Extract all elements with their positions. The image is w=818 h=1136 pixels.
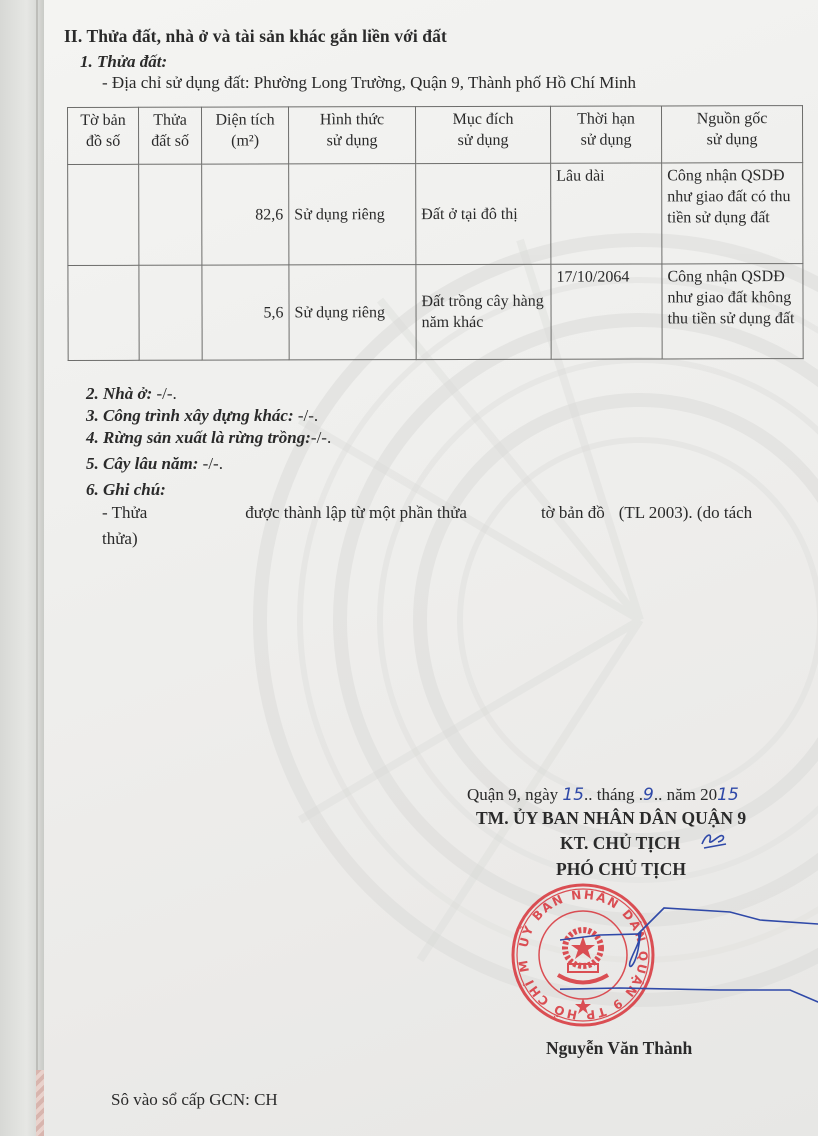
cell-parcel-number [139, 164, 202, 265]
certificate-registry-number: Sô vào sổ cấp GCN: CH [111, 1090, 278, 1110]
handwritten-month: 9 [643, 785, 654, 805]
col-header-purpose: Mục đíchsử dụng [416, 106, 551, 163]
cell-duration: Lâu dài [551, 163, 662, 264]
issue-date: Quận 9, ngày 15.. tháng .9.. năm 2015 [467, 785, 739, 805]
table-header-row: Tờ bảnđồ số Thửađất số Diện tích(m²) Hìn… [68, 106, 803, 165]
land-address: - Địa chỉ sử dụng đất: Phường Long Trườn… [102, 73, 636, 93]
cell-usage-form: Sử dụng riêng [289, 265, 416, 360]
col-header-origin: Nguồn gốcsử dụng [661, 106, 802, 163]
cell-area: 82,6 [202, 164, 289, 265]
item-other-construction: 3. Công trình xây dựng khác: -/-. [86, 405, 331, 427]
cell-map-sheet [68, 265, 139, 360]
signer-title: PHÓ CHỦ TỊCH [556, 859, 686, 880]
subsection-title: 1. Thửa đất: [80, 52, 167, 72]
col-header-parcel-number: Thửađất số [139, 107, 202, 164]
col-header-map-sheet: Tờ bảnđồ số [68, 107, 139, 164]
cell-map-sheet [68, 164, 139, 265]
cell-duration: 17/10/2064 [551, 264, 662, 359]
cell-origin: Công nhận QSDĐ như giao đất có thu tiền … [662, 163, 803, 264]
item-planted-forest: 4. Rừng sản xuất là rừng trồng:-/-. [86, 427, 331, 449]
cell-area: 5,6 [202, 265, 289, 360]
signer-capacity: KT. CHỦ TỊCH [560, 833, 680, 854]
item-notes: 6. Ghi chú: [86, 479, 331, 501]
cell-purpose: Đất trồng cây hàng năm khác [416, 264, 551, 359]
land-parcel-table: Tờ bảnđồ số Thửađất số Diện tích(m²) Hìn… [67, 105, 804, 361]
cell-parcel-number [139, 265, 202, 360]
table-row: 5,6 Sử dụng riêng Đất trồng cây hàng năm… [68, 264, 803, 361]
cell-usage-form: Sử dụng riêng [289, 164, 416, 265]
page-edge-border [36, 1070, 44, 1136]
col-header-area: Diện tích(m²) [202, 107, 289, 164]
item-perennial-trees: 5. Cây lâu năm: -/-. [86, 453, 331, 475]
cell-purpose: Đất ở tại đô thị [416, 163, 551, 264]
note-text: - Thửađược thành lập từ một phần thửatờ … [102, 500, 792, 552]
section-title: II. Thửa đất, nhà ở và tài sản khác gắn … [64, 26, 447, 47]
page-left-edge [0, 0, 44, 1136]
issuing-authority: TM. ỦY BAN NHÂN DÂN QUẬN 9 [476, 808, 746, 829]
other-assets-list: 2. Nhà ở: -/-. 3. Công trình xây dựng kh… [86, 383, 331, 501]
cell-origin: Công nhận QSDĐ như giao đất không thu ti… [662, 264, 803, 359]
handwritten-initials [700, 828, 730, 850]
handwritten-signature [560, 890, 818, 1010]
signer-name: Nguyễn Văn Thành [546, 1038, 692, 1059]
handwritten-day: 15 [562, 785, 584, 805]
handwritten-year: 15 [717, 785, 739, 805]
item-house: 2. Nhà ở: -/-. [86, 383, 331, 405]
col-header-duration: Thời hạnsử dụng [550, 106, 661, 163]
table-row: 82,6 Sử dụng riêng Đất ở tại đô thị Lâu … [68, 163, 803, 266]
col-header-usage-form: Hình thứcsử dụng [289, 107, 416, 164]
